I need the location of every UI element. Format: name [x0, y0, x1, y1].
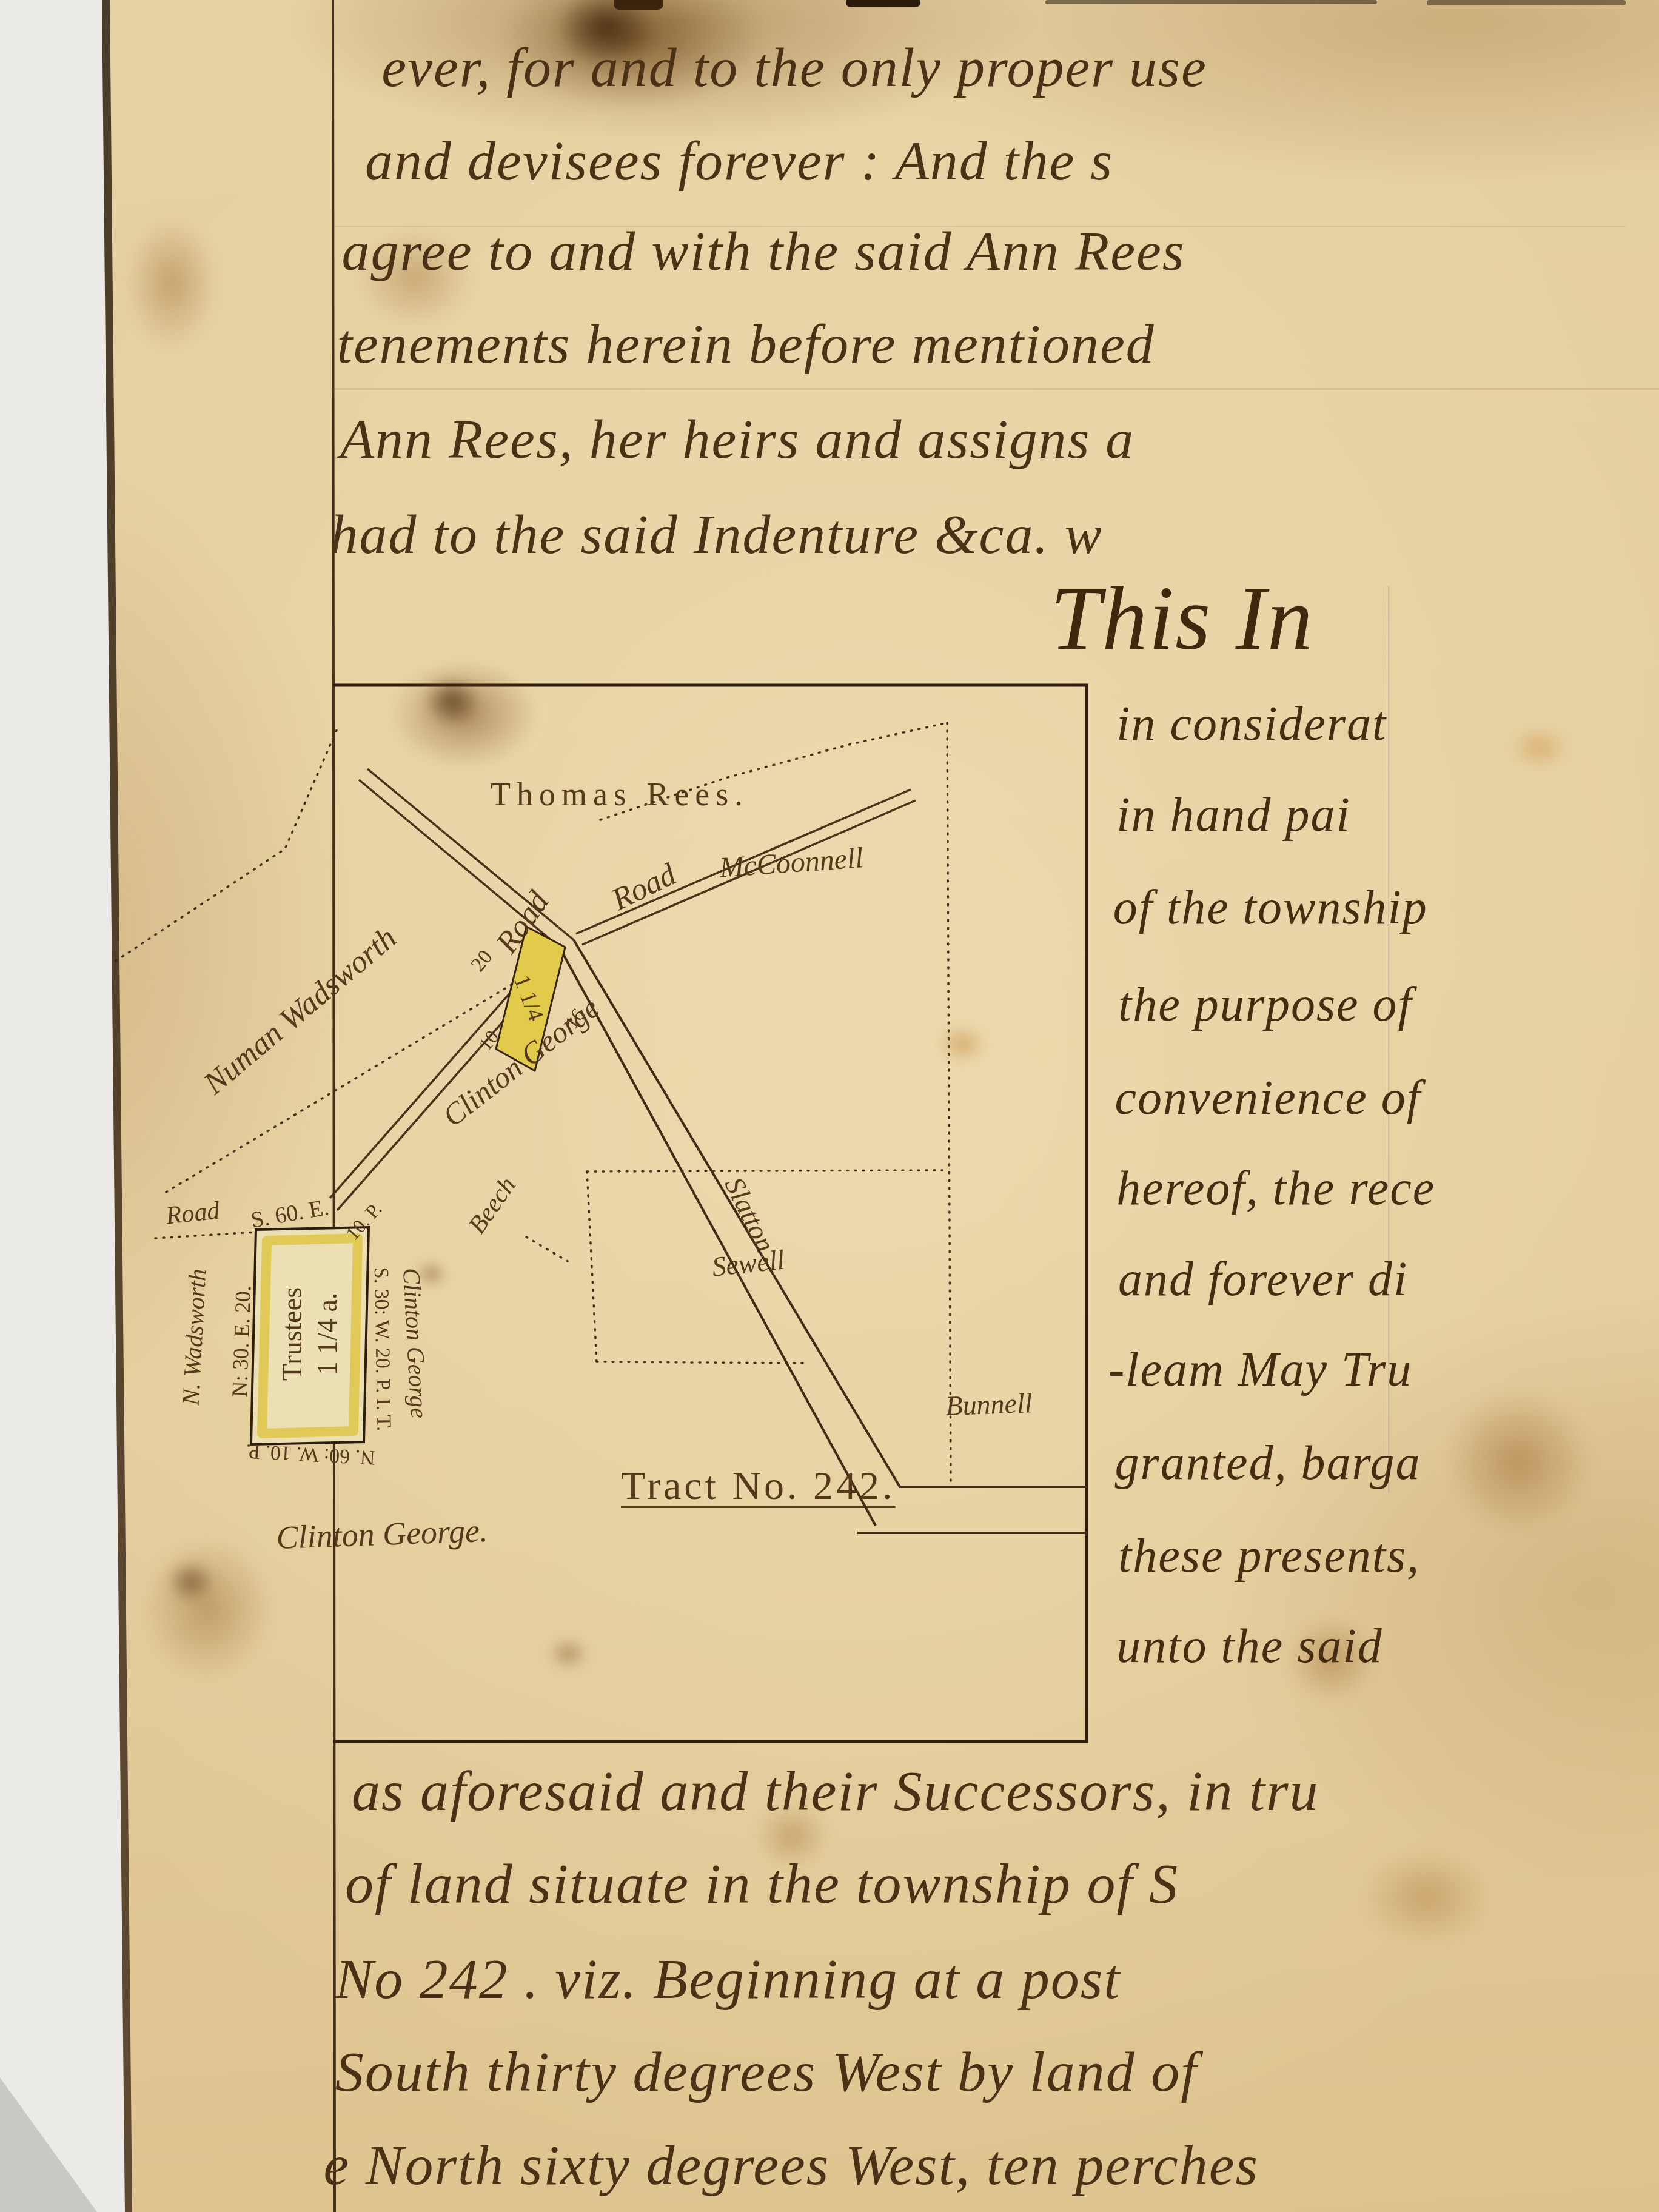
deed-text-line: agree to and with the said Ann Rees — [342, 219, 1185, 283]
deed-text-line: in considerat — [1116, 697, 1387, 752]
boundary-dotted-northwest — [109, 729, 337, 965]
deed-text-line: -leam May Tru — [1108, 1342, 1413, 1398]
trustees-bearing-right: S. 30: W. 20. P. I. T. — [369, 1267, 395, 1432]
deed-text-line: No 242 . viz. Beginning at a post — [335, 1946, 1121, 2012]
deed-text-line: hereof, the rece — [1116, 1161, 1435, 1216]
deed-text-line: of land situate in the township of S — [345, 1851, 1179, 1917]
fold-crease — [332, 388, 1659, 390]
trustees-owner-below: Clinton George. — [276, 1512, 489, 1557]
deed-text-line: convenience of — [1115, 1071, 1422, 1126]
road-slatton — [563, 940, 1087, 1533]
deed-text-line: tenements herein before mentioned — [337, 312, 1155, 376]
deed-text-line: ever, for and to the only proper use — [381, 35, 1207, 99]
trustees-bearing-left: N: 30. E. 20. — [227, 1285, 256, 1397]
deed-text-line: the purpose of — [1118, 977, 1413, 1033]
deed-text-line: in hand pai — [1116, 788, 1350, 843]
deed-text-line: these presents, — [1118, 1529, 1420, 1584]
boundary-dotted-sewell-south — [597, 1362, 808, 1363]
deed-scan-page: ever, for and to the only proper use and… — [0, 0, 1659, 2212]
deed-text-line: South thirty degrees West by land of — [335, 2039, 1198, 2105]
deed-text-line: e North sixty degrees West, ten perches — [324, 2133, 1259, 2198]
boundary-dotted-mcconnell-east — [947, 723, 951, 1481]
trustees-plot-name: Trustees — [274, 1287, 309, 1381]
trustees-plot-label: Trustees 1 1/4 a. — [274, 1287, 344, 1381]
map-label-bunnell: Bunnell — [945, 1387, 1033, 1422]
deed-text-line: as aforesaid and their Successors, in tr… — [352, 1758, 1319, 1824]
deed-text-line: unto the said — [1116, 1619, 1382, 1674]
trustees-road-label: Road — [164, 1196, 221, 1230]
boundary-dotted-sewell-west — [587, 1171, 597, 1362]
deed-text-line: granted, barga — [1115, 1436, 1421, 1491]
indenture-opening: This In — [1050, 566, 1314, 671]
boundary-dotted-corner — [526, 1237, 568, 1261]
deed-text-line: and devisees forever : And the s — [365, 129, 1113, 193]
trustees-plot-area: 1 1/4 a. — [309, 1293, 344, 1376]
deed-text-line: of the township — [1113, 880, 1428, 936]
map-label-tract-number: Tract No. 242. — [621, 1463, 896, 1509]
margin-rule — [333, 0, 335, 2212]
deed-text-line: had to the said Indenture &ca. w — [330, 502, 1102, 566]
map-label-thomas-rees: Thomas Rees. — [491, 776, 749, 813]
deed-text-line: and forever di — [1118, 1252, 1408, 1307]
deed-text-line: Ann Rees, her heirs and assigns a — [340, 407, 1134, 471]
boundary-dotted-road-west — [155, 1232, 255, 1238]
plat-frame — [333, 685, 1087, 1741]
boundary-dotted-sewell-north — [587, 1170, 942, 1171]
